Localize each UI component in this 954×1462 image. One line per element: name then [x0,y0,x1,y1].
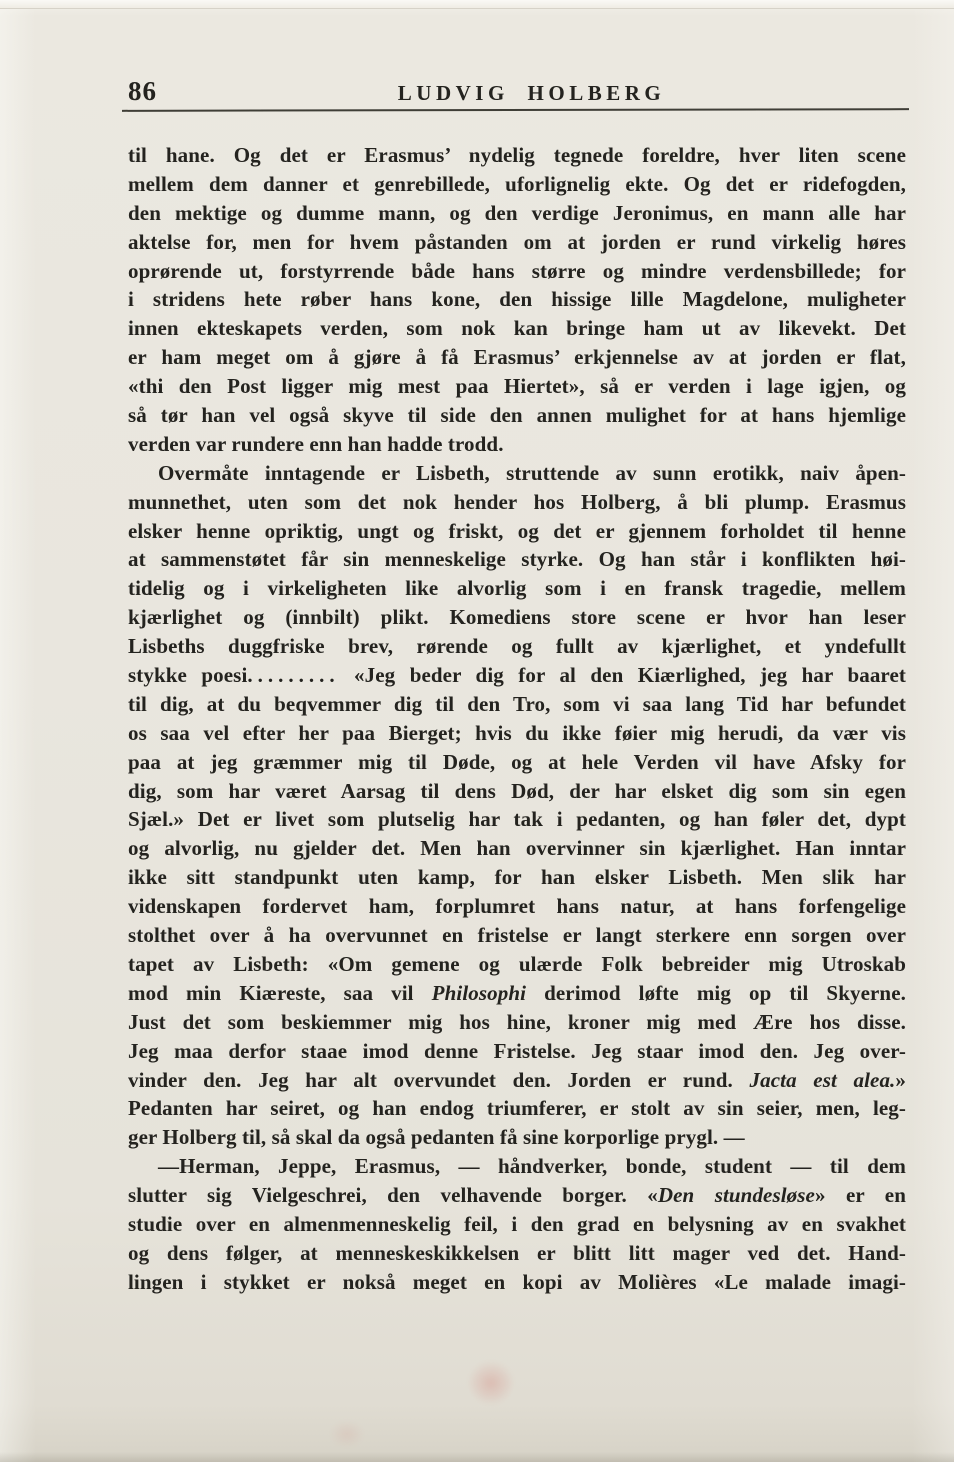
text-line: paa at jeg græmmer mig til Døde, og at h… [128,748,906,777]
text-line: mod min Kiæreste, saa vil Philosophi der… [128,979,906,1008]
text-line: aktelse for, men for hvem påstanden om a… [128,228,906,257]
page-number: 86 [128,76,157,107]
text-line: Just det som beskiemmer mig hos hine, kr… [128,1008,906,1037]
scan-bottom-edge [0,1452,954,1462]
text-line: og dens følger, at menneskeskikkelsen er… [128,1239,906,1268]
text-line: verden var rundere enn han hadde trodd. [128,430,906,459]
text-line: oprørende ut, forstyrrende både hans stø… [128,257,906,286]
book-page-scan: 86 LUDVIG HOLBERG til hane. Og det er Er… [0,0,954,1462]
text-line: at sammenstøtet får sin menneskelige sty… [128,545,906,574]
text-line: vinder den. Jeg har alt overvundet den. … [128,1066,906,1095]
text-line: dig, som har været Aarsag til dens Død, … [128,777,906,806]
text-line: er ham meget om å gjøre å få Erasmus’ er… [128,343,906,372]
text-line: innen ekteskapets verden, som nok kan br… [128,314,906,343]
text-line: til dig, at du beqvemmer dig til den Tro… [128,690,906,719]
scan-top-edge [0,0,954,9]
text-line: Jeg maa derfor staae imod denne Fristels… [128,1037,906,1066]
text-line: Pedanten har seiret, og han endog triumf… [128,1094,906,1123]
text-line: elsker henne opriktig, ungt og friskt, o… [128,517,906,546]
text-line: Overmåte inntagende er Lisbeth, strutten… [128,459,906,488]
text-line: ikke sitt standpunkt uten kamp, for han … [128,863,906,892]
text-line: «thi den Post ligger mig mest paa Hierte… [128,372,906,401]
text-line: mellem dem danner et genrebillede, uforl… [128,170,906,199]
text-line: i stridens hete røber hans kone, den his… [128,285,906,314]
text-line: studie over en almenmenneskelig feil, i … [128,1210,906,1239]
header-rule [122,108,909,112]
page-header: 86 LUDVIG HOLBERG [128,76,906,107]
text-line: stolthet over å ha overvunnet en fristel… [128,921,906,950]
text-line: tapet av Lisbeth: «Om gemene og ulærde F… [128,950,906,979]
text-line: stykke poesi......... «Jeg beder dig for… [128,661,906,690]
text-line: til hane. Og det er Erasmus’ nydelig teg… [128,141,906,170]
text-line: lingen i stykket er nokså meget en kopi … [128,1268,906,1297]
text-line: ger Holberg til, så skal da også pedante… [128,1123,906,1152]
text-line: os saa vel efter her paa Bierget; hvis d… [128,719,906,748]
ink-stain [458,1352,524,1414]
text-line: den mektige og dumme mann, og den verdig… [128,199,906,228]
text-line: så tør han vel også skyve til side den a… [128,401,906,430]
text-line: videnskapen fordervet ham, forplumret ha… [128,892,906,921]
running-title: LUDVIG HOLBERG [157,81,906,106]
text-line: og alvorlig, nu gjelder det. Men han ove… [128,834,906,863]
page-body: til hane. Og det er Erasmus’ nydelig teg… [128,141,906,1297]
text-line: Lisbeths duggfriske brev, rørende og ful… [128,632,906,661]
text-line: munnethet, uten som det nok hender hos H… [128,488,906,517]
text-line: kjærlighet og (innbilt) plikt. Komediens… [128,603,906,632]
ink-stain [322,1414,372,1454]
text-line: Sjæl.» Det er livet som plutselig har ta… [128,805,906,834]
text-line: slutter sig Vielgeschrei, den velhavende… [128,1181,906,1210]
text-line: —Herman, Jeppe, Erasmus, — håndverker, b… [128,1152,906,1181]
text-line: tidelig og i virkeligheten like alvorlig… [128,574,906,603]
